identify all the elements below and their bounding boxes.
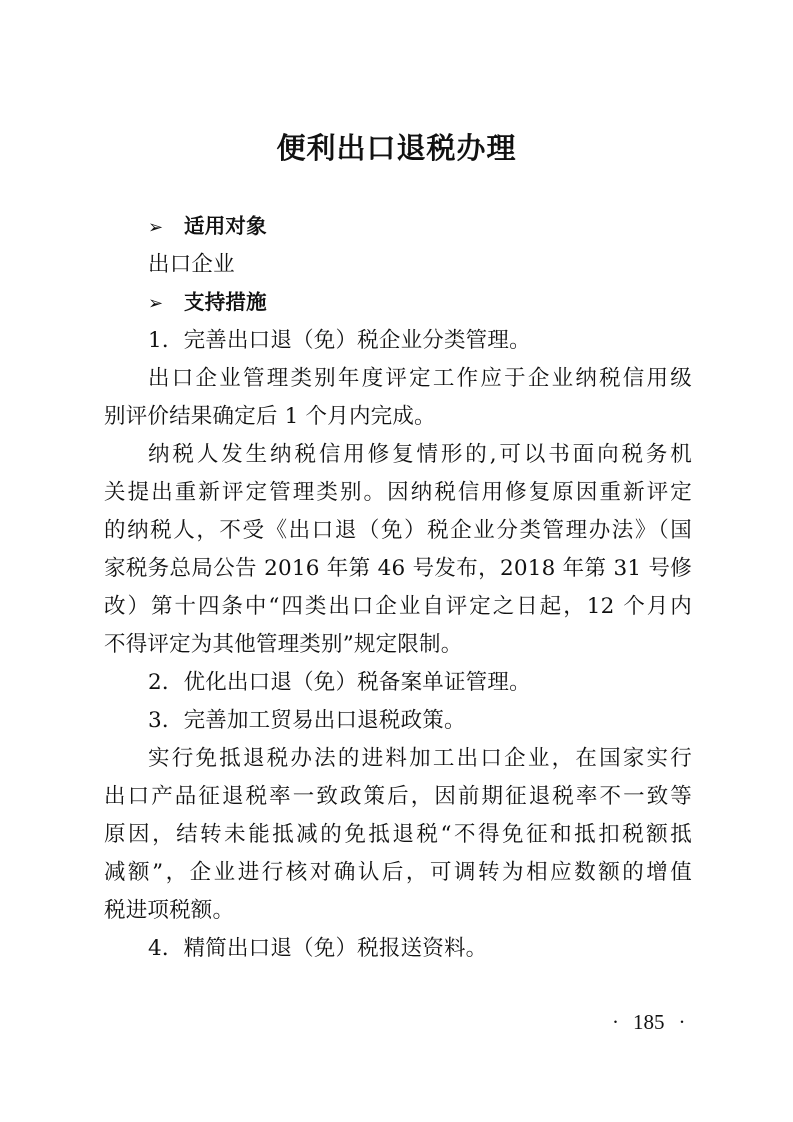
section-heading-label: 适用对象 xyxy=(184,214,267,238)
paragraph-line: 别评价结果确定后 1 个月内完成。 xyxy=(104,398,436,436)
section-heading-measures: ➢支持措施 xyxy=(148,284,267,322)
page-footer: ·185· xyxy=(598,1010,700,1035)
arrow-bullet-icon: ➢ xyxy=(148,285,184,323)
footer-dot-right: · xyxy=(679,1010,686,1035)
section-heading-applicable: ➢适用对象 xyxy=(148,208,267,246)
document-page: 便利出口退税办理 ➢适用对象 出口企业 ➢支持措施 1．完善出口退（免）税企业分… xyxy=(0,0,793,1122)
paragraph-line: 减额”，企业进行核对确认后，可调转为相应数额的增值 xyxy=(104,854,692,892)
paragraph-line: 关提出重新评定管理类别。因纳税信用修复原因重新评定 xyxy=(104,474,692,512)
paragraph-line: 实行免抵退税办法的进料加工出口企业，在国家实行 xyxy=(104,740,692,778)
footer-dot-left: · xyxy=(612,1010,619,1035)
page-title: 便利出口退税办理 xyxy=(0,128,793,168)
paragraph-line: 的纳税人，不受《出口退（免）税企业分类管理办法》（国 xyxy=(104,512,692,550)
paragraph-line: 原因，结转未能抵减的免抵退税“不得免征和抵扣税额抵 xyxy=(104,816,692,854)
page-number: 185 xyxy=(633,1010,665,1034)
measure-item-4: 4．精简出口退（免）税报送资料。 xyxy=(148,930,487,968)
paragraph-line: 出口产品征退税率一致政策后，因前期征退税率不一致等 xyxy=(104,778,692,816)
paragraph-line: 纳税人发生纳税信用修复情形的,可以书面向税务机 xyxy=(104,436,692,474)
section-heading-label: 支持措施 xyxy=(184,290,267,314)
measure-item-1: 1．完善出口退（免）税企业分类管理。 xyxy=(148,322,531,360)
applicable-content: 出口企业 xyxy=(148,246,235,284)
measure-item-3: 3．完善加工贸易出口退税政策。 xyxy=(148,702,466,740)
measure-item-2: 2．优化出口退（免）税备案单证管理。 xyxy=(148,664,531,702)
paragraph-line: 税进项税额。 xyxy=(104,892,234,930)
paragraph-line: 不得评定为其他管理类别”规定限制。 xyxy=(104,626,462,664)
paragraph-line: 改）第十四条中“四类出口企业自评定之日起，12 个月内 xyxy=(104,588,692,626)
paragraph-line: 出口企业管理类别年度评定工作应于企业纳税信用级 xyxy=(104,360,692,398)
paragraph-line: 家税务总局公告 2016 年第 46 号发布，2018 年第 31 号修 xyxy=(104,550,692,588)
arrow-bullet-icon: ➢ xyxy=(148,209,184,247)
